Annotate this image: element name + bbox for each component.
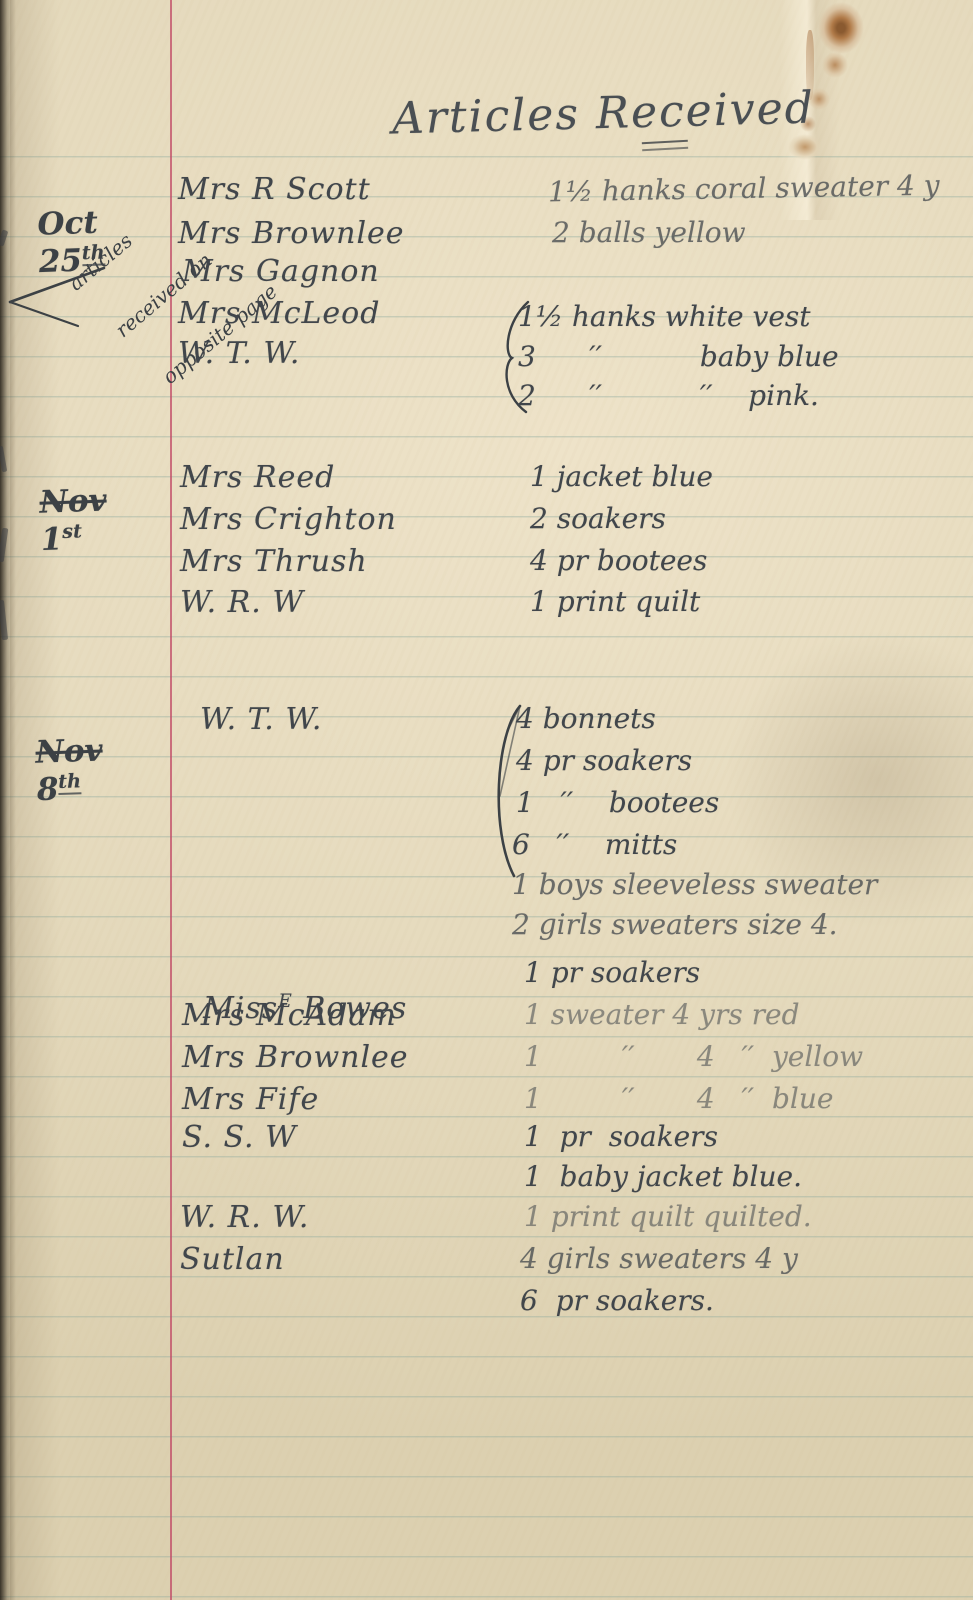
donor-name: Mrs Crighton bbox=[180, 502, 397, 537]
article-line: 3 ′′ baby blue bbox=[518, 340, 839, 373]
date-month-struck: Nov bbox=[35, 732, 103, 770]
article-line: 1½ hanks coral sweater 4 y bbox=[548, 169, 940, 209]
article-line: 2 girls sweaters size 4. bbox=[512, 908, 838, 941]
article-line: 1 ′′ bootees bbox=[516, 786, 719, 819]
date-suffix: st bbox=[62, 519, 82, 543]
donor-name: Mrs McAdam bbox=[182, 998, 397, 1033]
article-line: 1 boys sleeveless sweater bbox=[512, 868, 877, 901]
ledger-page: { "page": { "title": "Articles Received"… bbox=[0, 0, 973, 1600]
article-line: 4 bonnets bbox=[516, 702, 656, 735]
donor-name: Mrs R Scott bbox=[178, 172, 371, 207]
entry-date: Nov 1st bbox=[16, 446, 108, 558]
article-line: 2 ′′ ′′ pink. bbox=[518, 379, 819, 412]
title-underline bbox=[642, 140, 688, 151]
entry-date: Nov 8th bbox=[12, 696, 104, 808]
article-line: 6 pr soakers. bbox=[520, 1284, 714, 1317]
article-line: 1 sweater 4 yrs red bbox=[524, 998, 800, 1031]
stain-blob bbox=[818, 2, 864, 54]
date-suffix: th bbox=[58, 769, 82, 795]
donor-name: W. T. W. bbox=[200, 702, 322, 737]
article-line: 6 ′′ mitts bbox=[512, 828, 677, 861]
article-line: 2 soakers bbox=[530, 502, 666, 535]
article-line: 4 pr bootees bbox=[530, 544, 707, 577]
page-title: Articles Received bbox=[391, 82, 815, 144]
donor-name: Mrs McLeod bbox=[178, 296, 380, 331]
donor-name: S. S. W bbox=[182, 1120, 297, 1155]
date-suffix: th bbox=[81, 240, 105, 266]
article-line: 1 print quilt bbox=[530, 585, 700, 618]
date-month: Oct bbox=[37, 205, 98, 243]
article-line: 1 pr soakers bbox=[524, 956, 700, 989]
article-line: 1 pr soakers bbox=[524, 1120, 718, 1153]
donor-name: Mrs Gagnon bbox=[182, 254, 380, 289]
article-line: 1½ hanks white vest bbox=[518, 300, 811, 333]
date-day: 1 bbox=[40, 521, 63, 558]
article-line: 1 ′′ 4 ′′ yellow bbox=[524, 1040, 863, 1073]
donor-name: W. T. W. bbox=[178, 336, 300, 371]
donor-name: Mrs Fife bbox=[182, 1082, 319, 1117]
date-month-struck: Nov bbox=[39, 482, 107, 520]
entry-date: Oct 25th bbox=[14, 169, 105, 281]
article-line: 2 balls yellow bbox=[552, 216, 746, 249]
article-line: 1 ′′ 4 ′′ blue bbox=[524, 1082, 833, 1115]
date-day: 8 bbox=[36, 771, 59, 808]
donor-name: Mrs Brownlee bbox=[182, 1040, 409, 1075]
article-line: 1 jacket blue bbox=[530, 460, 713, 493]
donor-name: Mrs Reed bbox=[180, 460, 335, 495]
article-line: 1 print quilt quilted. bbox=[524, 1200, 812, 1233]
article-line: 1 baby jacket blue. bbox=[524, 1160, 802, 1193]
date-day: 25 bbox=[38, 243, 82, 280]
stain-blob bbox=[788, 134, 822, 160]
article-line: 4 pr soakers bbox=[516, 744, 692, 777]
donor-name: W. R. W. bbox=[180, 1200, 309, 1235]
article-line: 4 girls sweaters 4 y bbox=[520, 1242, 798, 1275]
donor-name: Mrs Brownlee bbox=[178, 216, 405, 251]
donor-name: Sutlan bbox=[180, 1242, 285, 1277]
donor-name: W. R. W bbox=[180, 585, 304, 620]
stain-blob bbox=[822, 52, 848, 78]
donor-name: Mrs Thrush bbox=[180, 544, 368, 579]
